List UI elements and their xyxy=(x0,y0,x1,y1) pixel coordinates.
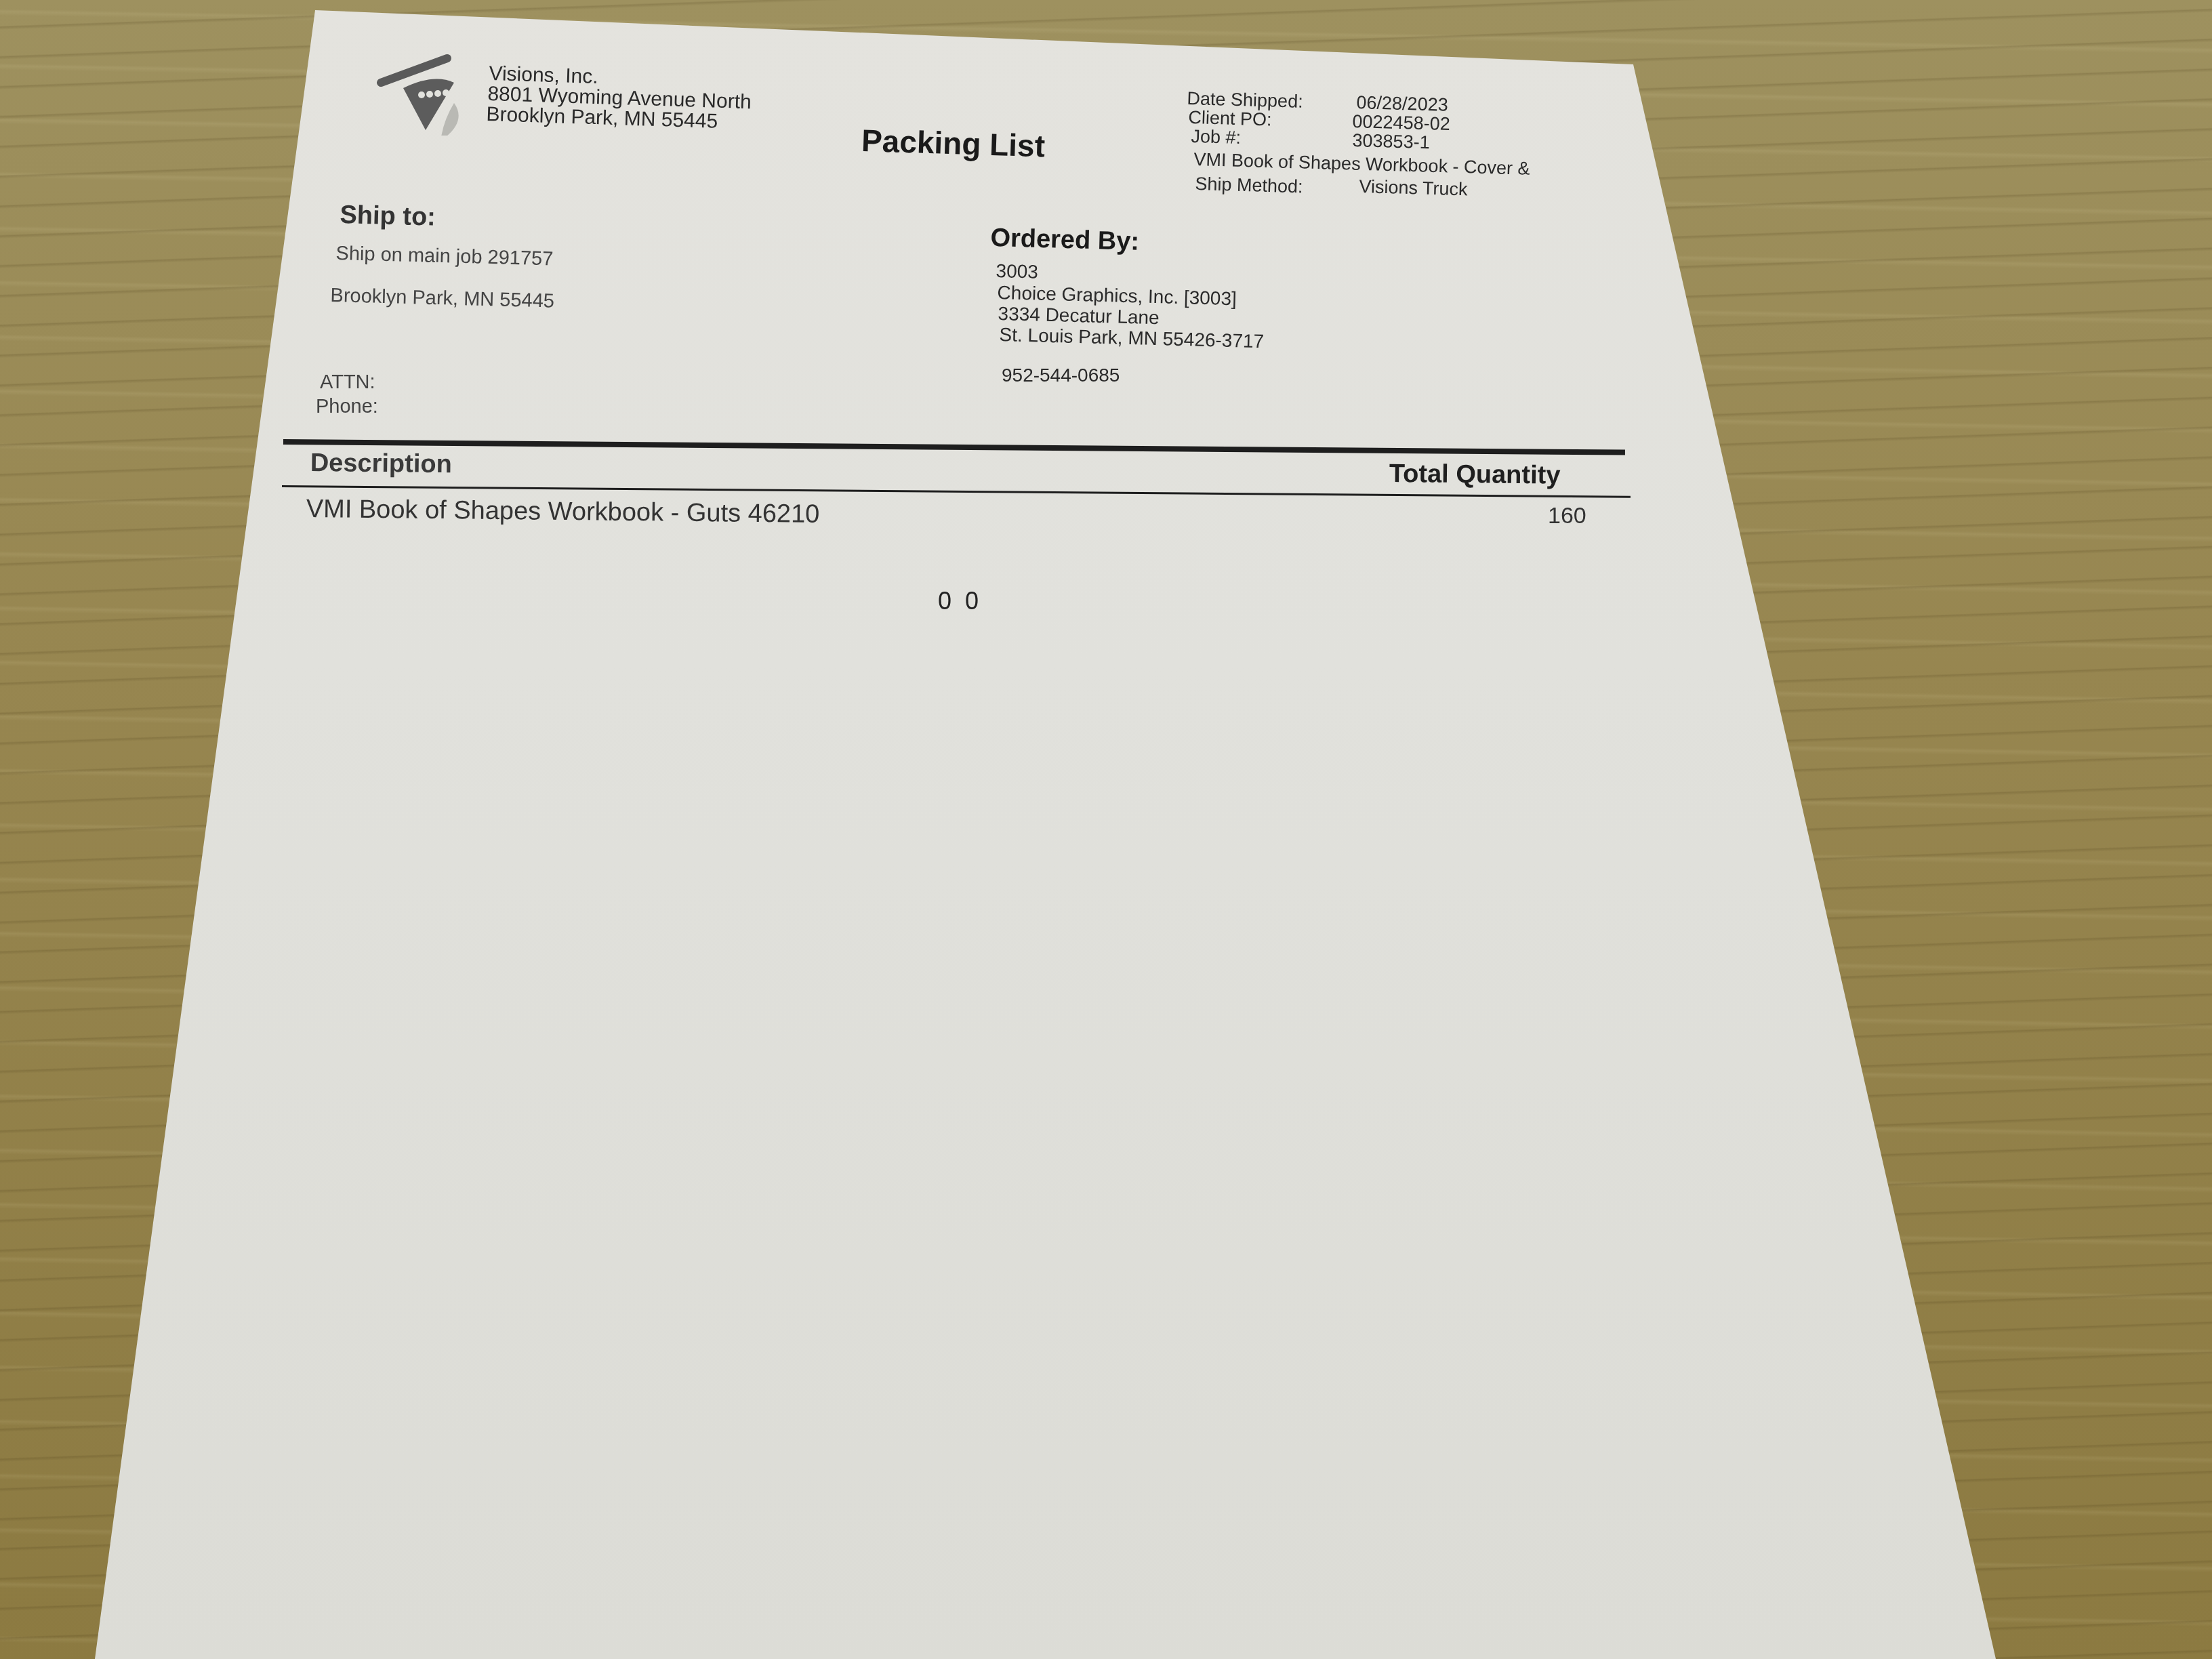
ship-to-heading: Ship to: xyxy=(340,201,436,232)
row-quantity: 160 xyxy=(1548,503,1586,529)
job-number: 303853-1 xyxy=(1352,130,1430,153)
attn-label: ATTN: xyxy=(320,371,375,394)
visions-logo-icon xyxy=(373,41,481,136)
column-header-total-quantity: Total Quantity xyxy=(1389,459,1561,491)
ordered-by-phone: 952-544-0685 xyxy=(1002,365,1120,386)
page-title: Packing List xyxy=(861,122,1046,164)
ordered-by-heading: Ordered By: xyxy=(990,224,1140,257)
row-description: VMI Book of Shapes Workbook - Guts 46210 xyxy=(306,495,820,529)
ordered-by-id: 3003 xyxy=(996,260,1038,283)
ship-method-label: Ship Method: xyxy=(1195,173,1303,197)
job-label: Job #: xyxy=(1191,126,1241,148)
ship-method-value: Visions Truck xyxy=(1359,176,1468,200)
phone-label: Phone: xyxy=(316,396,378,418)
column-header-description: Description xyxy=(310,449,452,479)
footer-marks: 0 0 xyxy=(938,587,979,615)
